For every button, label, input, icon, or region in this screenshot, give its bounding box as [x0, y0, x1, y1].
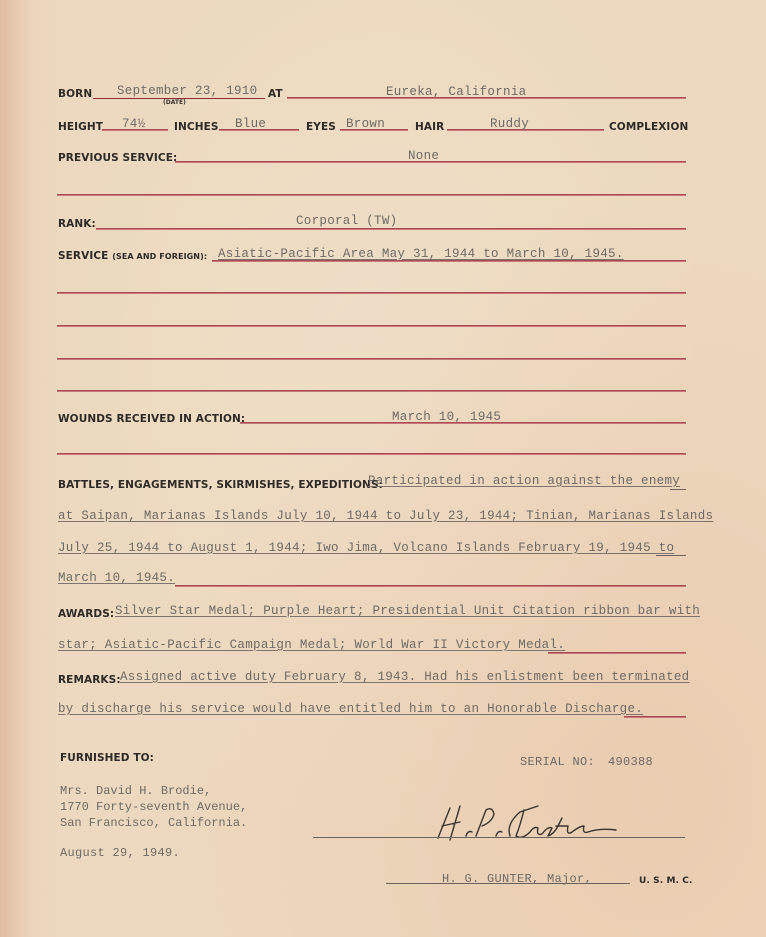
- battles-line-4: March 10, 1945.: [58, 571, 175, 585]
- birthplace: Eureka, California: [386, 85, 526, 99]
- rank-label: RANK:: [58, 218, 96, 230]
- complexion-label: COMPLEXION: [609, 121, 688, 133]
- awards-line-2-rule: [548, 652, 686, 654]
- battles-line-3-tail: [656, 555, 686, 556]
- service-line-2: [57, 292, 686, 294]
- eyes-label: EYES: [306, 121, 336, 133]
- height-label: HEIGHT: [58, 121, 103, 133]
- battles-label: BATTLES, ENGAGEMENTS, SKIRMISHES, EXPEDI…: [58, 479, 383, 491]
- recipient-city: San Francisco, California.: [60, 815, 247, 831]
- battles-line-1: Participated in action against the enemy: [368, 474, 680, 488]
- issue-date: August 29, 1949.: [60, 846, 180, 860]
- furnished-to-label: FURNISHED TO:: [60, 752, 154, 764]
- service-line-5: [57, 390, 686, 392]
- awards-line-2: star; Asiatic-Pacific Campaign Medal; Wo…: [58, 638, 565, 652]
- branch-label: U. S. M. C.: [639, 876, 693, 886]
- remarks-line-1: Assigned active duty February 8, 1943. H…: [120, 670, 690, 684]
- battles-line-2: at Saipan, Marianas Islands July 10, 194…: [58, 509, 713, 523]
- rank-value: Corporal (TW): [296, 214, 397, 228]
- serial-value: 490388: [608, 755, 653, 769]
- rank-line: [96, 228, 686, 230]
- complexion-value: Ruddy: [490, 117, 529, 131]
- signer-name: H. G. GUNTER, Major,: [442, 872, 592, 886]
- signature-line: [313, 837, 685, 838]
- wounds-line-2: [57, 453, 686, 455]
- hair-value: Brown: [346, 117, 385, 131]
- remarks-label: REMARKS:: [58, 674, 121, 686]
- height-value: 74½: [122, 117, 145, 131]
- eyes-value: Blue: [235, 117, 266, 131]
- wounds-value: March 10, 1945: [392, 410, 501, 424]
- previous-service-value: None: [408, 149, 439, 163]
- previous-service-line-2: [57, 194, 686, 196]
- battles-line-4-rule: [175, 585, 686, 587]
- wounds-label: WOUNDS RECEIVED IN ACTION:: [58, 413, 245, 425]
- service-line-3: [57, 325, 686, 327]
- recipient-street: 1770 Forty-seventh Avenue,: [60, 799, 247, 815]
- recipient-address: Mrs. David H. Brodie,1770 Forty-seventh …: [60, 783, 247, 831]
- serial-label: SERIAL NO:: [520, 755, 595, 769]
- awards-label: AWARDS:: [58, 608, 114, 620]
- remarks-line-2: by discharge his service would have enti…: [58, 702, 643, 716]
- born-label: BORN: [58, 88, 92, 100]
- inches-label: INCHES: [174, 121, 219, 133]
- date-caption: (DATE): [163, 99, 186, 106]
- awards-line-1: Silver Star Medal; Purple Heart; Preside…: [115, 604, 700, 618]
- at-label: AT: [268, 88, 283, 100]
- service-line-4: [57, 358, 686, 360]
- hair-label: HAIR: [415, 121, 444, 133]
- recipient-name: Mrs. David H. Brodie,: [60, 783, 247, 799]
- service-value: Asiatic-Pacific Area May 31, 1944 to Mar…: [218, 247, 624, 261]
- battles-line-3: July 25, 1944 to August 1, 1944; Iwo Jim…: [58, 541, 674, 555]
- service-label: SERVICE (SEA AND FOREIGN):: [58, 250, 207, 262]
- previous-service-label: PREVIOUS SERVICE:: [58, 152, 177, 164]
- battles-line-1-tail: [670, 489, 686, 490]
- born-date: September 23, 1910: [117, 84, 257, 98]
- signature: [420, 796, 650, 846]
- remarks-line-2-rule: [624, 716, 686, 718]
